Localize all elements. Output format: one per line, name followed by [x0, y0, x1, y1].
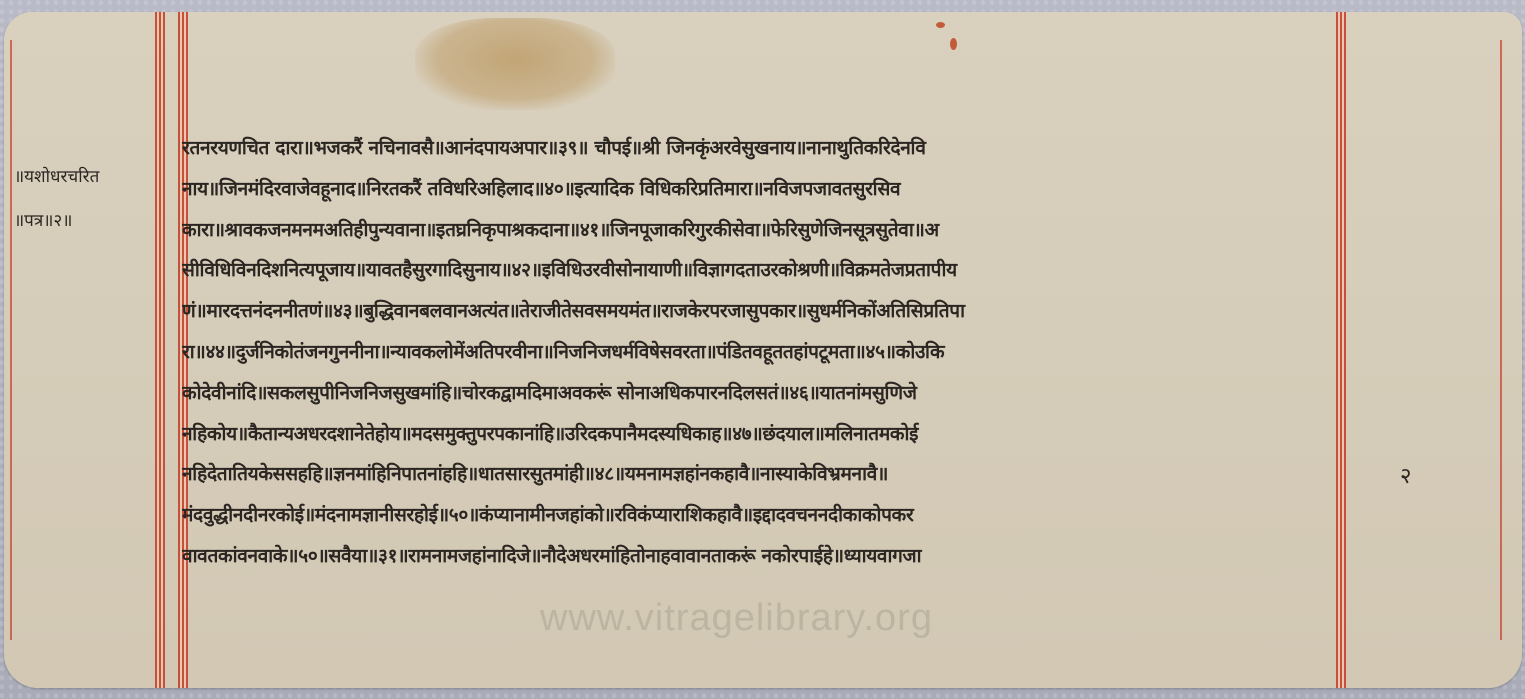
- left-margin-rule: [154, 12, 166, 688]
- text-line: कारा॥श्रावकजनमनमअतिहीपुन्यवाना॥इतघ्रनिकृ…: [182, 210, 1342, 251]
- left-margin: ॥यशोधरचरित ॥पत्र॥२॥: [14, 155, 164, 243]
- text-line: नहिकोय॥कैतान्यअधरदशानेतेहोय॥मदसमुक्तुपरप…: [182, 414, 1342, 455]
- watermark: www.vitragelibrary.org: [540, 597, 933, 640]
- ink-speck: [936, 22, 945, 28]
- left-edge-rule: [10, 40, 12, 640]
- text-line: नहिदेतातियकेससहहि॥ज्ञनमांहिनिपातनांहहि॥ध…: [182, 454, 1342, 495]
- text-line: मंदवुद्धीनदीनरकोई॥मंदनामज्ञानीसरहोई॥५०॥क…: [182, 495, 1342, 536]
- text-line: वावतकांवनवाके॥५०॥सवैया॥३१॥रामनामजहांनादि…: [182, 536, 1342, 577]
- margin-title: ॥यशोधरचरित: [14, 155, 164, 199]
- text-line: णं॥मारदत्तनंदननीतणं॥४३॥बुद्धिवानबलवानअत्…: [182, 291, 1342, 332]
- text-line: कोदेवीनांदि॥सकलसुपीनिजनिजसुखमांहि॥चोरकद्…: [182, 373, 1342, 414]
- right-edge-rule: [1500, 40, 1502, 640]
- page-number: २: [1400, 460, 1411, 490]
- text-line: रतनरयणचित दारा॥भजकरैं नचिनावसै॥आनंदपायअप…: [182, 128, 1342, 169]
- water-stain: [415, 18, 615, 110]
- manuscript-text: रतनरयणचित दारा॥भजकरैं नचिनावसै॥आनंदपायअप…: [182, 128, 1342, 577]
- text-line: रा॥४४॥दुर्जनिकोतंजनगुननीना॥न्यावकलोमेंअत…: [182, 332, 1342, 373]
- margin-folio-number: ॥पत्र॥२॥: [14, 199, 164, 243]
- text-line: सीविधिविनदिशनित्यपूजाय॥यावतहैसुरगादिसुना…: [182, 250, 1342, 291]
- text-line: नाय॥जिनमंदिरवाजेवहूनाद॥निरतकरैं तविधरिअह…: [182, 169, 1342, 210]
- ink-speck: [950, 38, 957, 50]
